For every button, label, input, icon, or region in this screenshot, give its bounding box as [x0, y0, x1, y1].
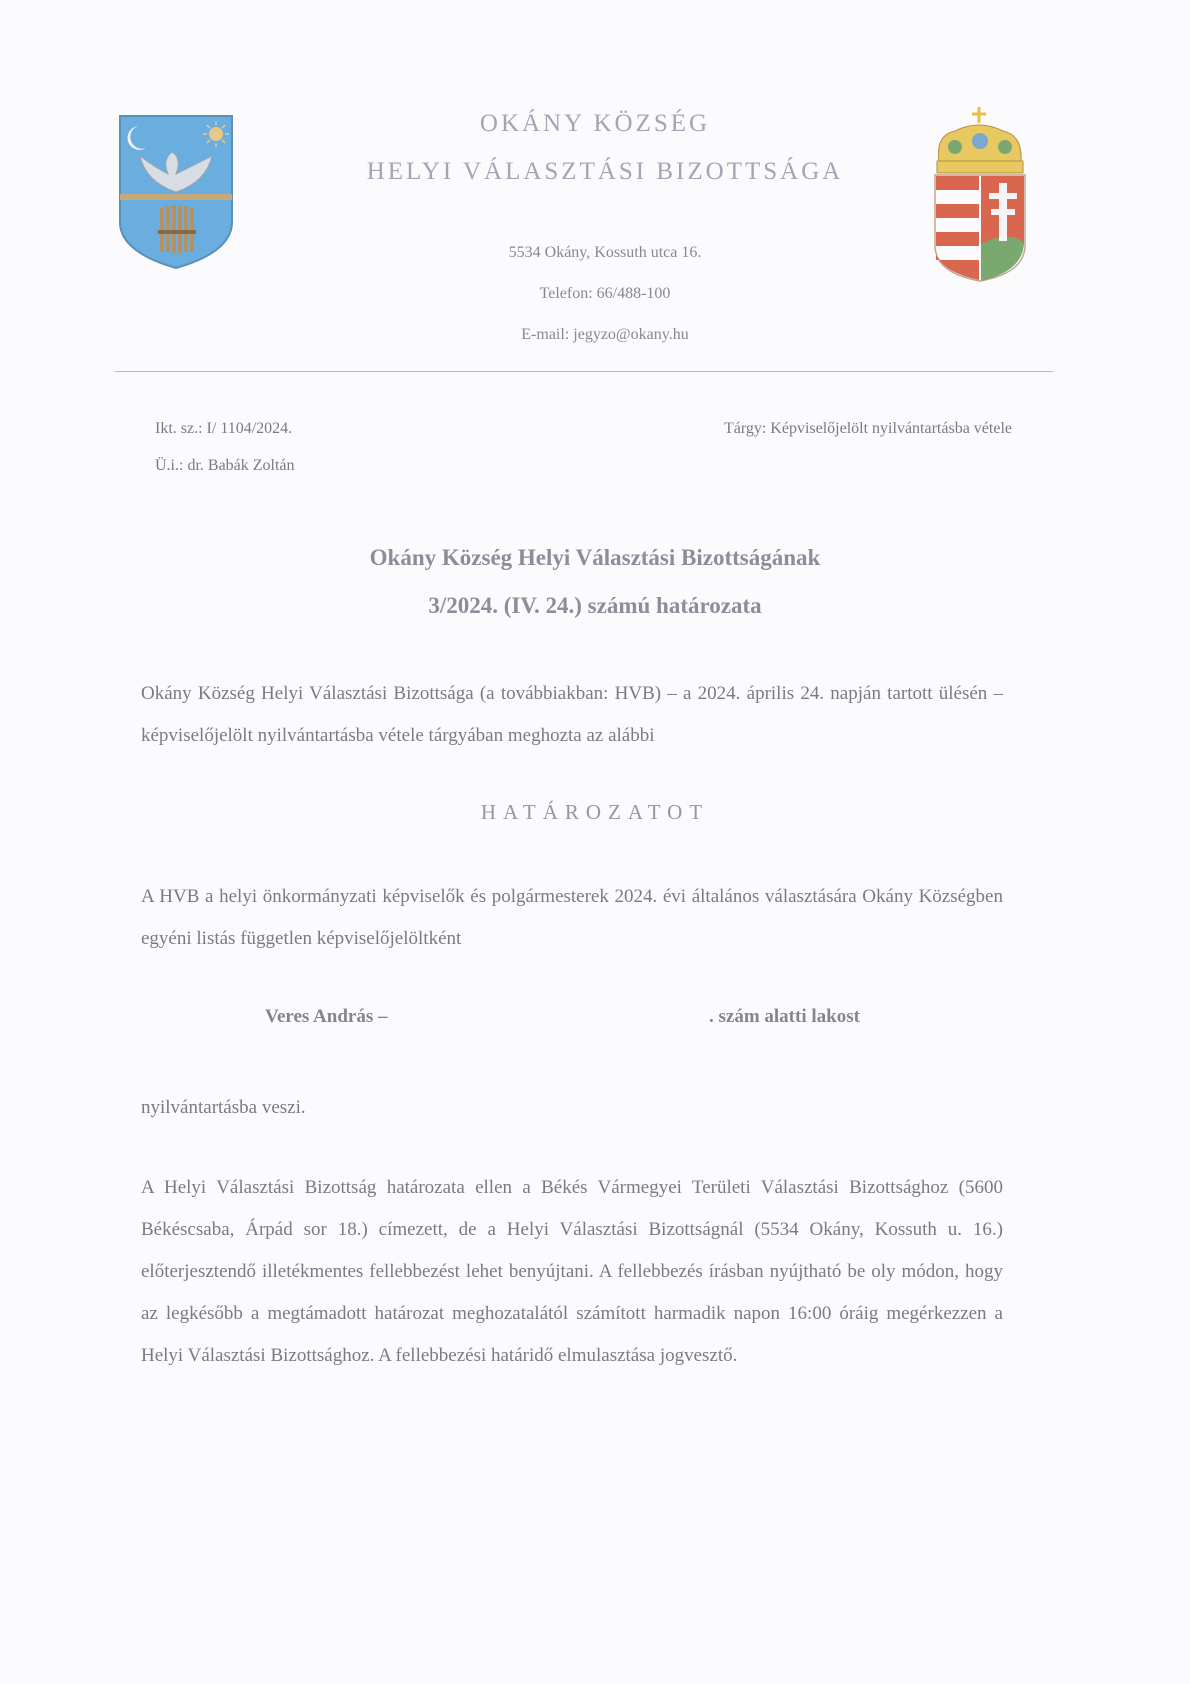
appeal-paragraph: A Helyi Választási Bizottság határozata …	[141, 1167, 1003, 1377]
decision-paragraph: A HVB a helyi önkormányzati képviselők é…	[141, 876, 1003, 960]
intro-paragraph: Okány Község Helyi Választási Bizottsága…	[141, 673, 1003, 757]
header-email: E-mail: jegyzo@okany.hu	[0, 326, 1190, 344]
header-address: 5534 Okány, Kossuth utca 16.	[0, 244, 1190, 262]
header-phone: Telefon: 66/488-100	[0, 285, 1190, 303]
subject-line: Tárgy: Képviselőjelölt nyilvántartásba v…	[724, 420, 1012, 438]
header-divider	[115, 371, 1053, 372]
decision-heading: HATÁROZATOT	[0, 800, 1190, 825]
resolution-number: 3/2024. (IV. 24.) számú határozata	[0, 593, 1190, 619]
registration-statement: nyilvántartásba veszi.	[141, 1087, 1003, 1129]
candidate-address-suffix: . szám alatti lakost	[709, 1006, 860, 1028]
document-title: Okány Község Helyi Választási Bizottságá…	[0, 545, 1190, 571]
reference-number: Ikt. sz.: I/ 1104/2024.	[155, 420, 292, 438]
case-handler: Ü.i.: dr. Babák Zoltán	[155, 457, 295, 475]
candidate-name: Veres András –	[265, 1006, 387, 1028]
